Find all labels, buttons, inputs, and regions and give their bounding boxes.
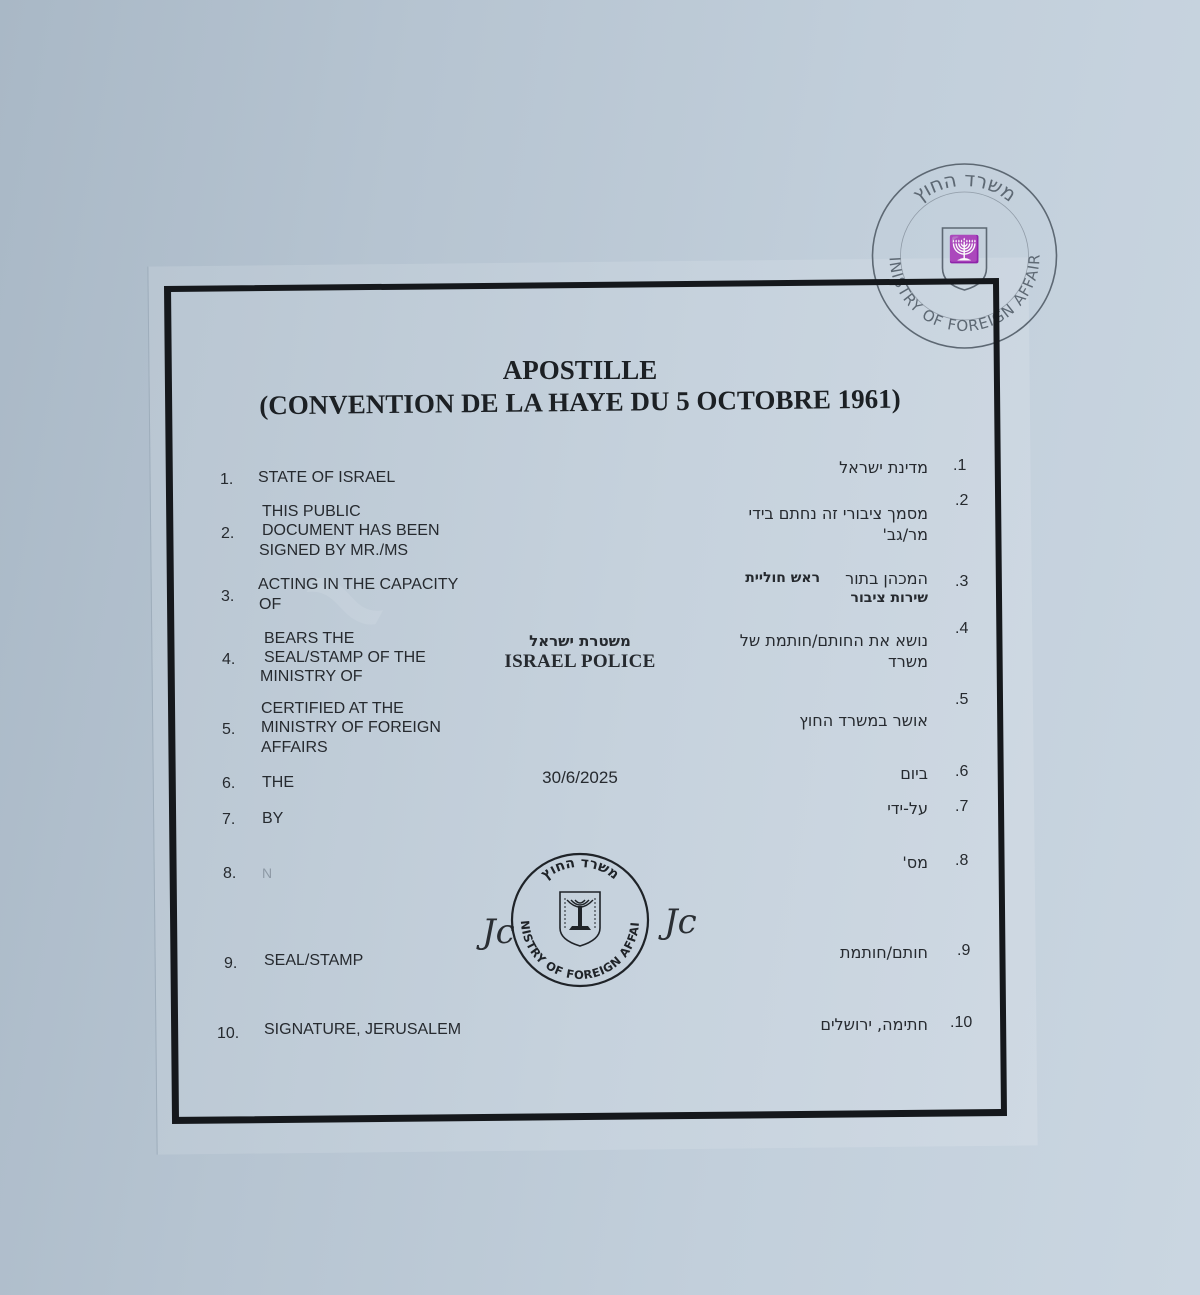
- item-1-number: 1.: [220, 471, 233, 489]
- item-2-label-en-2: DOCUMENT HAS BEEN: [262, 521, 440, 541]
- item-10-he-number: .10: [950, 1014, 972, 1032]
- item-6-label-en: THE: [262, 773, 294, 793]
- item-3-value-he-1: ראש חוליית: [745, 568, 820, 589]
- item-5-label-en-2: MINISTRY OF FOREIGN: [261, 718, 441, 738]
- item-6-number: 6.: [222, 775, 235, 793]
- document-title: APOSTILLE: [0, 355, 1180, 386]
- item-1-he-number: .1: [953, 457, 966, 475]
- item-4-label-en-1: BEARS THE: [264, 629, 354, 649]
- item-10-label-en: SIGNATURE, JERUSALEM: [264, 1020, 461, 1040]
- item-6-label-he: ביום: [900, 763, 928, 784]
- menorah-emblem-icon: [560, 892, 600, 946]
- item-10-label-he: חתימה, ירושלים: [820, 1014, 928, 1035]
- item-4-label-he-2: משרד: [888, 651, 928, 672]
- item-4-label-en-3: MINISTRY OF: [260, 667, 363, 687]
- item-8-label-he: מס': [902, 852, 928, 873]
- item-8-number: 8.: [223, 865, 236, 883]
- item-3-label-en-2: OF: [259, 595, 281, 615]
- item-4-label-he-1: נושא את החותם/חותמת של: [740, 630, 928, 651]
- signature-mark-right: Jc: [664, 902, 697, 942]
- item-4-value-he: משטרת ישראל: [500, 632, 660, 650]
- item-9-label-en: SEAL/STAMP: [264, 951, 363, 971]
- item-9-label-he: חותם/חותמת: [840, 942, 928, 963]
- item-8-label-en: N: [262, 864, 272, 884]
- item-3-he-number: .3: [955, 573, 968, 591]
- item-2-label-he-1: מסמך ציבורי זה נחתם בידי: [749, 503, 928, 524]
- item-4-label-en-2: SEAL/STAMP OF THE: [264, 648, 426, 668]
- item-9-he-number: .9: [957, 942, 970, 960]
- item-4-he-number: .4: [955, 620, 968, 638]
- item-10-number: 10.: [217, 1025, 239, 1043]
- item-2-he-number: .2: [955, 492, 968, 510]
- item-2-number: 2.: [221, 525, 234, 543]
- item-7-label-en: BY: [262, 809, 283, 829]
- item-9-number: 9.: [224, 955, 237, 973]
- item-8-he-number: .8: [955, 852, 968, 870]
- item-2-label-he-2: מר/גב': [882, 524, 928, 545]
- item-5-label-en-3: AFFAIRS: [261, 738, 328, 758]
- svg-text:🕎: 🕎: [948, 234, 980, 264]
- item-2-label-en-3: SIGNED BY MR./MS: [259, 541, 408, 561]
- item-6-date-value: 30/6/2025: [520, 768, 640, 788]
- item-1-label-en: STATE OF ISRAEL: [258, 468, 395, 488]
- item-3-label-en-1: ACTING IN THE CAPACITY: [258, 575, 458, 595]
- item-6-he-number: .6: [955, 763, 968, 781]
- item-7-label-he: על-ידי: [887, 798, 928, 819]
- item-5-number: 5.: [222, 721, 235, 739]
- item-5-label-en-1: CERTIFIED AT THE: [261, 699, 404, 719]
- item-1-label-he: מדינת ישראל: [839, 457, 928, 478]
- item-4-number: 4.: [222, 651, 235, 669]
- item-4-value: ISRAEL POLICE: [490, 651, 670, 673]
- item-5-label-he: אושר במשרד החוץ: [799, 710, 928, 731]
- item-2-label-en-1: THIS PUBLIC: [262, 502, 361, 522]
- item-3-value-he-2: שירות ציבור: [851, 588, 928, 609]
- item-7-he-number: .7: [955, 798, 968, 816]
- item-7-number: 7.: [222, 811, 235, 829]
- ministry-seal-center: משרד החוץ MINISTRY OF FOREIGN AFFAIRS: [505, 848, 655, 993]
- item-3-number: 3.: [221, 588, 234, 606]
- item-5-he-number: .5: [955, 691, 968, 709]
- item-3-label-he: המכהן בתור: [845, 568, 928, 589]
